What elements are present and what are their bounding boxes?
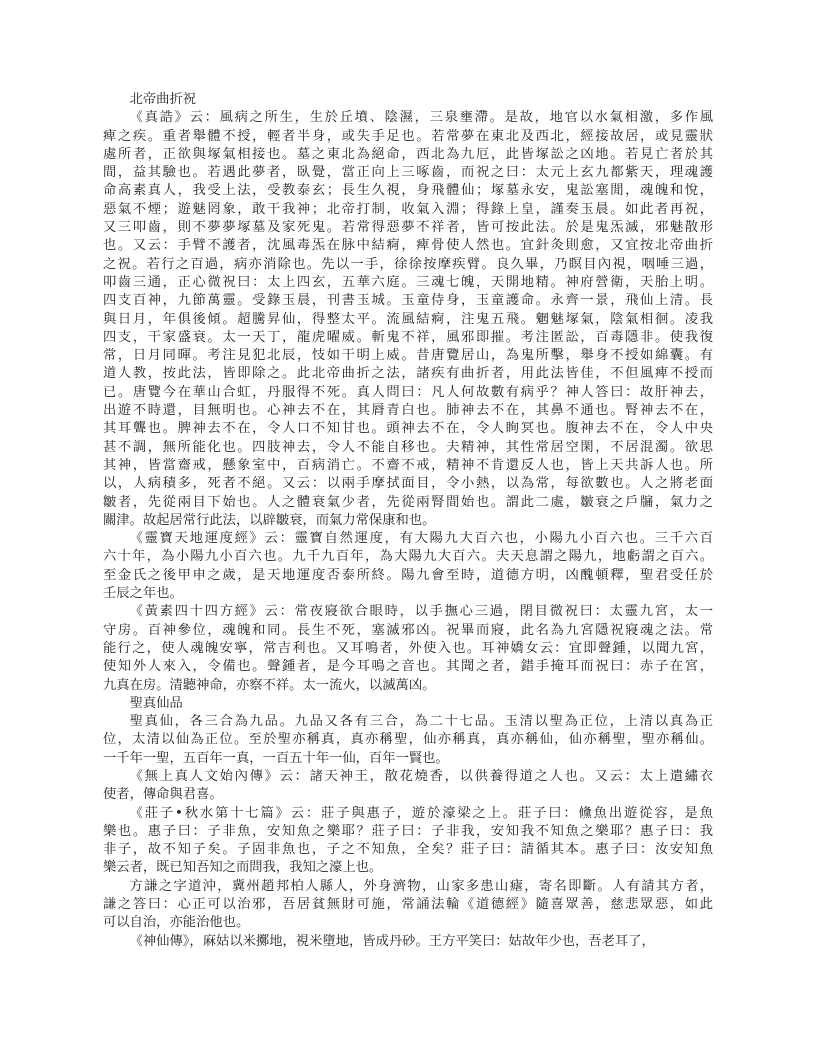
text-line: 至金氏之後甲申之歲，是天地運度否泰所終。陽九會至時，道德方明，凶醜頓釋，聖君受任… [103, 567, 713, 585]
text-line: 非子，故不知子矣。子固非魚也，子之不知魚，全矣？莊子曰：請循其本。惠子曰：汝安知… [103, 841, 713, 859]
text-line: 常，日月同暉。考注見犯北辰，忮如干明上威。昔唐覽居山，為鬼所擊，舉身不授如綿囊。… [103, 347, 713, 365]
text-line: 又三叩齒，則不夢夢塚墓及家死鬼。若常得惡夢不祥者，皆可按此法。於是鬼炁滅，邪魅散… [103, 219, 713, 237]
text-line: 位，太清以仙為正位。至於聖亦稱真，真亦稱聖，仙亦稱真，真亦稱仙，仙亦稱聖，聖亦稱… [103, 731, 713, 749]
text-line: 已。唐覽今在華山合虹，丹服得不死。真人問曰：凡人何故數有病乎？神人答曰：故肝神去… [103, 384, 713, 402]
text-line: 間，益其驗也。若遇此夢者，臥覺，當正向上三啄齒，而祝之曰：太元上玄九都紫天，理魂… [103, 164, 713, 182]
text-line: 壬辰之年也。 [103, 585, 713, 603]
text-line: 《靈寶天地運度經》云：靈寶自然運度，有大陽九大百六也，小陽九小百六也。三千六百 [103, 530, 713, 548]
text-line: 《黃素四十四方經》云：常夜寢欲合眼時，以手撫心三過，閉目微祝曰：太靈九宮，太一 [103, 603, 713, 621]
text-line: 使者，傳命與君喜。 [103, 786, 713, 804]
text-line: 出遊不時還，目無明也。心神去不在，其脣青白也。肺神去不在，其鼻不通也。腎神去不在… [103, 402, 713, 420]
text-line: 謙之答曰：心正可以治邪，吾居貧無財可施，常誦法輪《道德經》隨喜眾善，慈悲眾惡，如… [103, 896, 713, 914]
text-line: 《真誥》云：風病之所生，生於丘墳、陰濕，三泉壅滯。是故，地官以水氣相激，多作風 [103, 109, 713, 127]
text-line: 痺之疾。重者舉體不授，輕者半身，或失手足也。若常夢在東北及西北，經接故居，或見靈… [103, 128, 713, 146]
text-line: 其耳聾也。脾神去不在，令人口不知甘也。頭神去不在，令人眴冥也。腹神去不在，令人中… [103, 420, 713, 438]
text-line: 以，人病積多，死者不絕。又云：以兩手摩拭面目，令小熱，以為常，每欲數也。人之將老… [103, 475, 713, 493]
text-line: 《神仙傳》，麻姑以米擲地，視米墮地，皆成丹砂。王方平笑曰：姑故年少也，吾老耳了， [103, 933, 713, 951]
text-line: 道人教，按此法，皆即除之。此北帝曲折之法，諸疾有曲折者，用此法皆佳，不但風痺不授… [103, 365, 713, 383]
text-line: 使知外人來入，令備也。聲鍾者，是今耳鳴之音也。其聞之者，錯手掩耳而祝曰：赤子在宮… [103, 658, 713, 676]
text-line: 甚不調，無所能化也。四肢神去，令人不能自移也。夫精神，其性常居空閑，不居混濁。欲… [103, 439, 713, 457]
text-line: 四支百神，九節萬靈。受錄玉晨，刊書玉城。玉童侍身，玉童護命。永齊一景，飛仙上清。… [103, 292, 713, 310]
text-line: 與日月，年俱後傾。超騰昇仙，得整太平。流風結痾，注鬼五飛。魍魅塚氣，陰氣相徊。凌… [103, 311, 713, 329]
section-heading-line: 北帝曲折祝 [103, 91, 713, 109]
text-line: 能行之，使人魂魄安寧，常吉利也。又耳鳴者，外使入也。耳神嬌女云：宜即聲鍾，以聞九… [103, 640, 713, 658]
text-line: 可以自治，亦能治他也。 [103, 914, 713, 932]
text-line: 皺者，先從兩目下始也。人之體衰氣少者，先從兩腎間始也。謂此二處，皺衰之戶牖，氣力… [103, 494, 713, 512]
text-line: 六十年，為小陽九小百六也。九千九百年，為大陽九大百六。夫天息謂之陽九，地虧謂之百… [103, 548, 713, 566]
text-line: 四支，干家盛衰。太一天丁，龍虎曜威。斬鬼不祥，風邪即摧。考注匿訟，百毒隱非。使我… [103, 329, 713, 347]
text-line: 惡氣不煙；遊魅罔象，敢干我神；北帝打制，收氣入淵；得錄上皇，謹奏玉晨。如此者再祝… [103, 201, 713, 219]
document-page: 北帝曲折祝《真誥》云：風病之所生，生於丘墳、陰濕，三泉壅滯。是故，地官以水氣相激… [0, 0, 816, 1056]
section-heading-line: 聖真仙品 [103, 695, 713, 713]
text-line: 一千年一聖，五百年一真，一百五十年一仙，百年一賢也。 [103, 750, 713, 768]
text-line: 《無上真人文始內傳》云：諸天神王，散花燒香，以供養得道之人也。又云：太上遣繡衣 [103, 768, 713, 786]
text-line: 樂也。惠子曰：子非魚，安知魚之樂耶？莊子曰：子非我，安知我不知魚之樂耶？惠子曰：… [103, 823, 713, 841]
text-line: 命高素真人，我受上法，受教泰玄；長生久視，身飛體仙；塚墓永安，鬼訟塞閒，魂魄和悅… [103, 182, 713, 200]
text-line: 樂云者，既已知吾知之而問我，我知之濠上也。 [103, 859, 713, 877]
text-line: 關津。故起居常行此法，以辟皺衰，而氣力常保康和也。 [103, 512, 713, 530]
text-line: 方謙之字道沖，冀州趙邦柏人縣人，外身濟物，山家多患山瘧，寄名即斷。人有請其方者， [103, 878, 713, 896]
text-line: 《莊子•秋水第十七篇》云：莊子與惠子，遊於濠梁之上。莊子曰：儵魚出遊從容，是魚 [103, 805, 713, 823]
text-line: 之祝。若行之百過，病亦消除也。先以一手，徐徐按摩疾臂。良久畢，乃瞑目內視，咽唾三… [103, 256, 713, 274]
text-line: 也。又云：手臂不護者，沈風毒炁在脉中結痾，痺骨使人然也。宜針灸則愈，又宜按北帝曲… [103, 237, 713, 255]
text-line: 聖真仙，各三合為九品。九品又各有三合，為二十七品。玉清以聖為正位，上清以真為正 [103, 713, 713, 731]
document-text: 北帝曲折祝《真誥》云：風病之所生，生於丘墳、陰濕，三泉壅滯。是故，地官以水氣相激… [103, 91, 713, 951]
text-line: 九真在房。清聽神命，亦察不祥。太一流火，以滅萬凶。 [103, 677, 713, 695]
text-line: 叩齒三通，正心微祝曰：太上四玄，五華六庭。三魂七魄，天開地精。神府營衛，天胎上明… [103, 274, 713, 292]
text-line: 其神，皆當齋戒，懸象室中，百病消亡。不齋不戒，精神不肯還反人也，皆上天共訴人也。… [103, 457, 713, 475]
text-line: 處所者，正欲與塚氣相接也。墓之東北為絕命，西北為九厄，此皆塚訟之凶地。若見亡者於… [103, 146, 713, 164]
text-line: 守房。百神參位，魂魄和同。長生不死，塞滅邪凶。祝畢而寢，此名為九宮隱祝寢魂之法。… [103, 622, 713, 640]
